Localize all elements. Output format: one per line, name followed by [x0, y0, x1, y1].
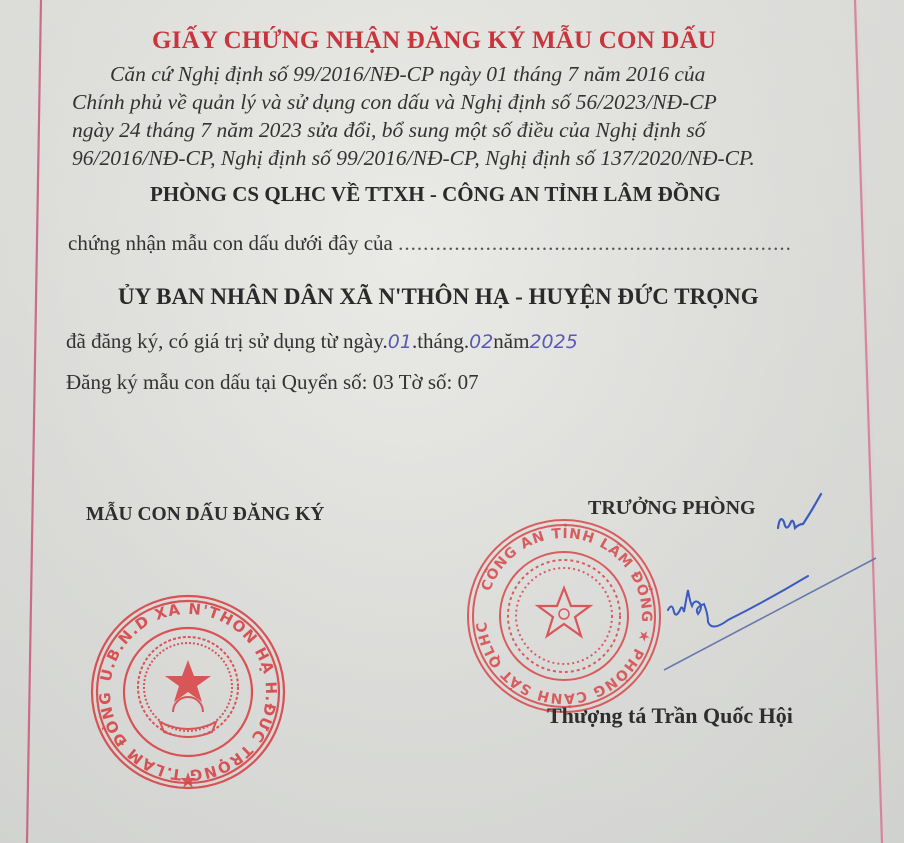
validity-month: 02 — [469, 331, 493, 353]
preamble-line-3: ngày 24 tháng 7 năm 2023 sửa đổi, bổ sun… — [72, 118, 705, 143]
validity-year: 2025 — [529, 331, 577, 353]
issuing-department: PHÒNG CS QLHC VỀ TTXH - CÔNG AN TỈNH LÂM… — [150, 182, 721, 207]
preamble-line-4: 96/2016/NĐ-CP, Nghị định số 99/2016/NĐ-C… — [72, 146, 755, 171]
validity-day: 01 — [388, 331, 412, 353]
certify-text: chứng nhận mẫu con dấu dưới đây của — [68, 231, 393, 255]
signer-name: Thượng tá Trần Quốc Hội — [547, 703, 793, 729]
police-emblem-icon — [538, 588, 590, 636]
commune-seal: U.B.N.D XÃ N'THÔN HẠ H.ĐỨC TRỌNG T.LÂM Đ… — [88, 592, 288, 792]
certify-dots: ........................................… — [398, 231, 792, 256]
preamble-line-2: Chính phủ về quản lý và sử dụng con dấu … — [72, 90, 717, 115]
validity-prefix: đã đăng ký, có giá trị sử dụng từ ngày — [66, 329, 383, 353]
preamble-line-1: Căn cứ Nghị định số 99/2016/NĐ-CP ngày 0… — [110, 62, 705, 87]
validity-month-label: tháng — [417, 329, 464, 353]
police-seal: CÔNG AN TỈNH LÂM ĐỒNG ★ PHÒNG CẢNH SÁT Q… — [464, 516, 664, 716]
organization-name: ỦY BAN NHÂN DÂN XÃ N'THÔN HẠ - HUYỆN ĐỨC… — [118, 284, 759, 310]
certify-line: chứng nhận mẫu con dấu dưới đây của ....… — [68, 231, 792, 256]
registration-book: Đăng ký mẫu con dấu tại Quyển số: 03 Tờ … — [66, 370, 479, 395]
validity-year-label: năm — [493, 329, 529, 353]
validity-line: đã đăng ký, có giá trị sử dụng từ ngày.0… — [66, 329, 578, 354]
sample-seal-label: MẪU CON DẤU ĐĂNG KÝ — [86, 504, 324, 526]
certificate-page: GIẤY CHỨNG NHẬN ĐĂNG KÝ MẪU CON DẤU Căn … — [0, 0, 904, 843]
star-icon — [165, 660, 211, 702]
document-title: GIẤY CHỨNG NHẬN ĐĂNG KÝ MẪU CON DẤU — [152, 27, 716, 55]
